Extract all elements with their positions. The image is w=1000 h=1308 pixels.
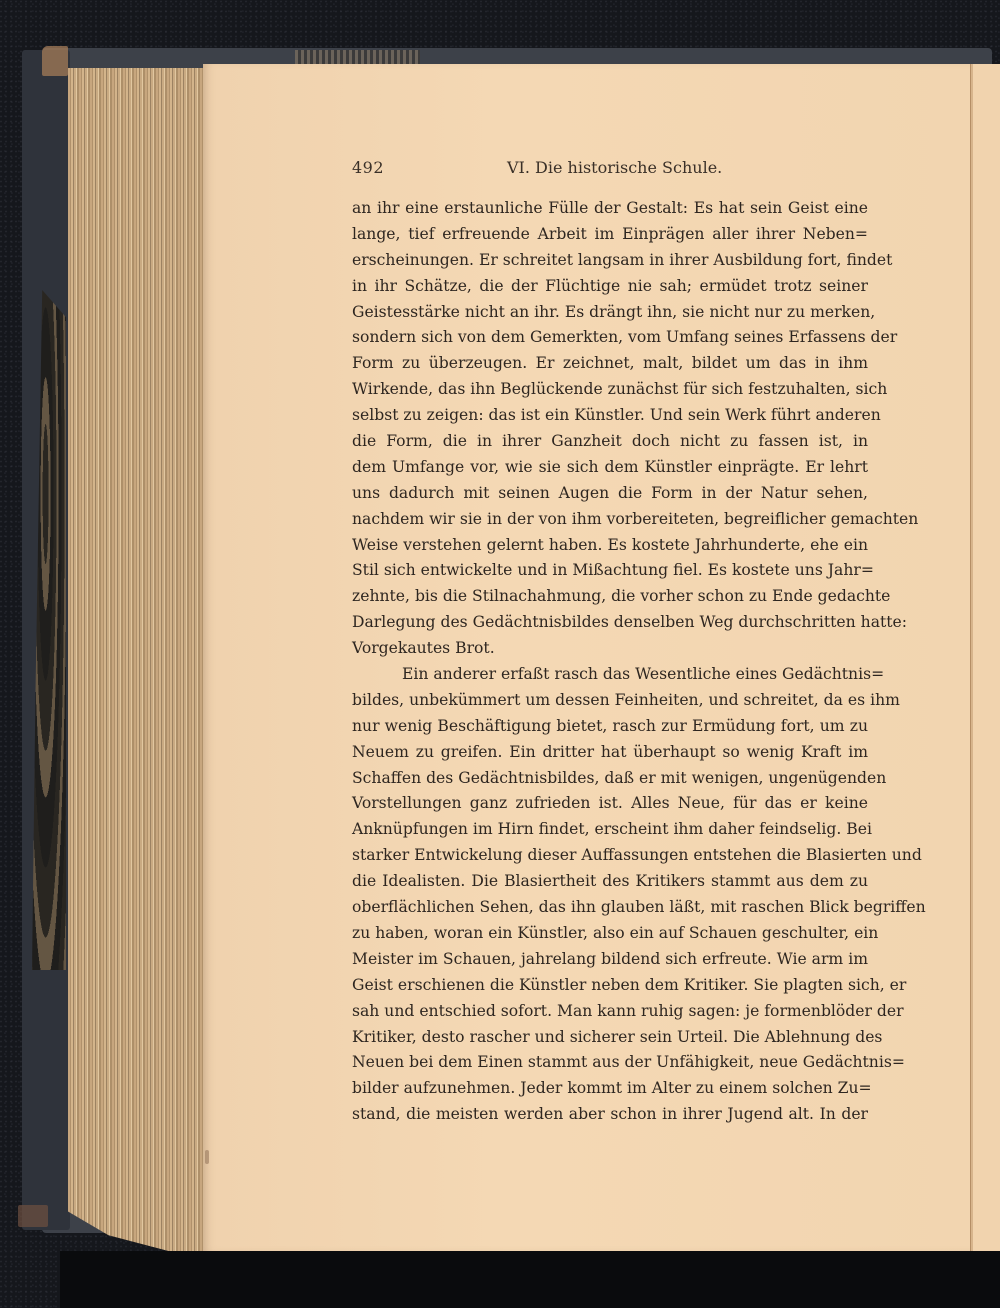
text-line: bilder aufzunehmen. Jeder kommt im Alter… <box>352 1076 868 1102</box>
text-line: dem Umfange vor, wie sie sich dem Künstl… <box>352 455 868 481</box>
text-line: Ein anderer erfaßt rasch das Wesentliche… <box>352 662 868 688</box>
paragraph-1: an ihr eine erstaunliche Fülle der Gesta… <box>352 196 868 662</box>
page-number: 492 <box>352 158 384 177</box>
text-line: Weise verstehen gelernt haben. Es kostet… <box>352 533 868 559</box>
text-line: die Idealisten. Die Blasiertheit des Kri… <box>352 869 868 895</box>
text-line: in ihr Schätze, die der Flüchtige nie sa… <box>352 274 868 300</box>
text-line: Geistesstärke nicht an ihr. Es drängt ih… <box>352 300 868 326</box>
text-line: Neuem zu greifen. Ein dritter hat überha… <box>352 740 868 766</box>
text-line: nur wenig Beschäftigung bietet, rasch zu… <box>352 714 868 740</box>
text-line: uns dadurch mit seinen Augen die Form in… <box>352 481 868 507</box>
text-line: starker Entwickelung dieser Auffassungen… <box>352 843 868 869</box>
text-line: Meister im Schauen, jahrelang bildend si… <box>352 947 868 973</box>
page-header: 492 VI. Die historische Schule. <box>352 158 868 182</box>
text-line: selbst zu zeigen: das ist ein Künstler. … <box>352 403 868 429</box>
worn-corner-bottom <box>18 1205 48 1227</box>
text-line: zu haben, woran ein Künstler, also ein a… <box>352 921 868 947</box>
text-line: Kritiker, desto rascher und sicherer sei… <box>352 1025 868 1051</box>
body-text: an ihr eine erstaunliche Fülle der Gesta… <box>352 196 868 1128</box>
text-line: Neuen bei dem Einen stammt aus der Unfäh… <box>352 1050 868 1076</box>
text-line: nachdem wir sie in der von ihm vorbereit… <box>352 507 868 533</box>
shadow-below-book <box>60 1251 1000 1308</box>
text-line: oberflächlichen Sehen, das ihn glauben l… <box>352 895 868 921</box>
worn-corner-top <box>42 46 68 76</box>
text-line: Schaffen des Gedächtnisbildes, daß er mi… <box>352 766 868 792</box>
text-line: zehnte, bis die Stilnachahmung, die vorh… <box>352 584 868 610</box>
page-edges-stack <box>68 68 203 1253</box>
text-line: Geist erschienen die Künstler neben dem … <box>352 973 868 999</box>
text-line: die Form, die in ihrer Ganzheit doch nic… <box>352 429 868 455</box>
text-line: Vorstellungen ganz zufrieden ist. Alles … <box>352 791 868 817</box>
text-line: erscheinungen. Er schreitet langsam in i… <box>352 248 868 274</box>
paragraph-2: Ein anderer erfaßt rasch das Wesentliche… <box>352 662 868 1128</box>
next-page-edge <box>970 64 1000 1251</box>
text-line: sah und entschied sofort. Man kann ruhig… <box>352 999 868 1025</box>
text-line: stand, die meisten werden aber schon in … <box>352 1102 868 1128</box>
text-line: lange, tief erfreuende Arbeit im Einpräg… <box>352 222 868 248</box>
text-line: Anknüpfungen im Hirn findet, erscheint i… <box>352 817 868 843</box>
text-line: Wirkende, das ihn Beglückende zunächst f… <box>352 377 868 403</box>
text-line: bildes, unbekümmert um dessen Feinheiten… <box>352 688 868 714</box>
text-line: Form zu überzeugen. Er zeichnet, malt, b… <box>352 351 868 377</box>
text-line: Stil sich entwickelte und in Mißachtung … <box>352 558 868 584</box>
text-line: sondern sich von dem Gemerkten, vom Umfa… <box>352 325 868 351</box>
paper-blemish <box>205 1150 209 1164</box>
text-line: Darlegung des Gedächtnisbildes denselben… <box>352 610 868 636</box>
text-line: Vorgekautes Brot. <box>352 636 868 662</box>
running-head: VI. Die historische Schule. <box>507 158 722 177</box>
text-line: an ihr eine erstaunliche Fülle der Gesta… <box>352 196 868 222</box>
